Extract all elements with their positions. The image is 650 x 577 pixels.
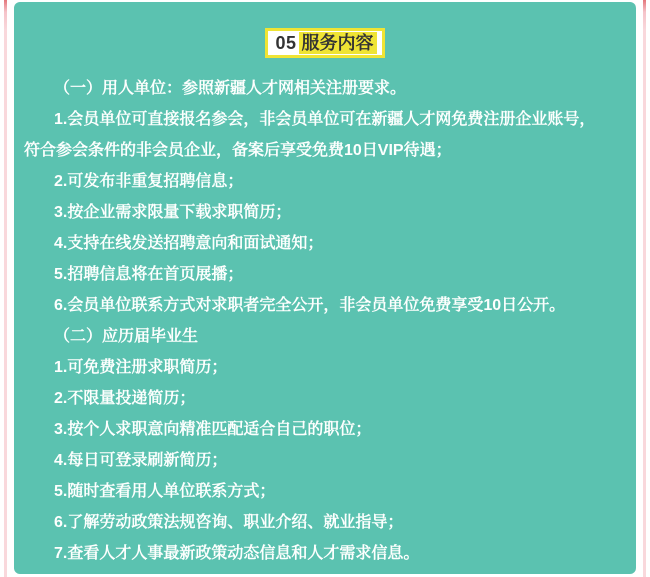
service-content-card: 05 服务内容 （一）用人单位：参照新疆人才网相关注册要求。1.会员单位可直接报…	[14, 2, 636, 574]
badge-row: 05 服务内容	[14, 2, 636, 58]
content-line: 4.每日可登录刷新简历；	[24, 445, 626, 476]
content-line: 2.不限量投递简历；	[24, 383, 626, 414]
content-line: 符合参会条件的非会员企业，备案后享受免费10日VIP待遇；	[24, 135, 626, 166]
content-line: 2.可发布非重复招聘信息；	[24, 166, 626, 197]
content-line: 7.查看人才人事最新政策动态信息和人才需求信息。	[24, 538, 626, 569]
content-line: 3.按企业需求限量下载求职简历；	[24, 197, 626, 228]
content-line: 4.支持在线发送招聘意向和面试通知；	[24, 228, 626, 259]
content-lines: （一）用人单位：参照新疆人才网相关注册要求。1.会员单位可直接报名参会，非会员单…	[14, 73, 636, 569]
content-line: 1.可免费注册求职简历；	[24, 352, 626, 383]
content-line: 3.按个人求职意向精准匹配适合自己的职位；	[24, 414, 626, 445]
content-line: （二）应历届毕业生	[24, 321, 626, 352]
section-number: 05	[272, 33, 298, 53]
content-line: 5.招聘信息将在首页展播；	[24, 259, 626, 290]
page: 05 服务内容 （一）用人单位：参照新疆人才网相关注册要求。1.会员单位可直接报…	[0, 0, 650, 577]
content-line: 6.会员单位联系方式对求职者完全公开，非会员单位免费享受10日公开。	[24, 290, 626, 321]
section-badge: 05 服务内容	[265, 28, 384, 58]
left-pink-stripe	[4, 0, 7, 577]
content-line: （一）用人单位：参照新疆人才网相关注册要求。	[24, 73, 626, 104]
content-line: 5.随时查看用人单位联系方式；	[24, 476, 626, 507]
content-line: 1.会员单位可直接报名参会，非会员单位可在新疆人才网免费注册企业账号，	[24, 104, 626, 135]
content-line: 6.了解劳动政策法规咨询、职业介绍、就业指导；	[24, 507, 626, 538]
section-title: 服务内容	[299, 32, 377, 54]
right-pink-stripe	[643, 0, 646, 577]
